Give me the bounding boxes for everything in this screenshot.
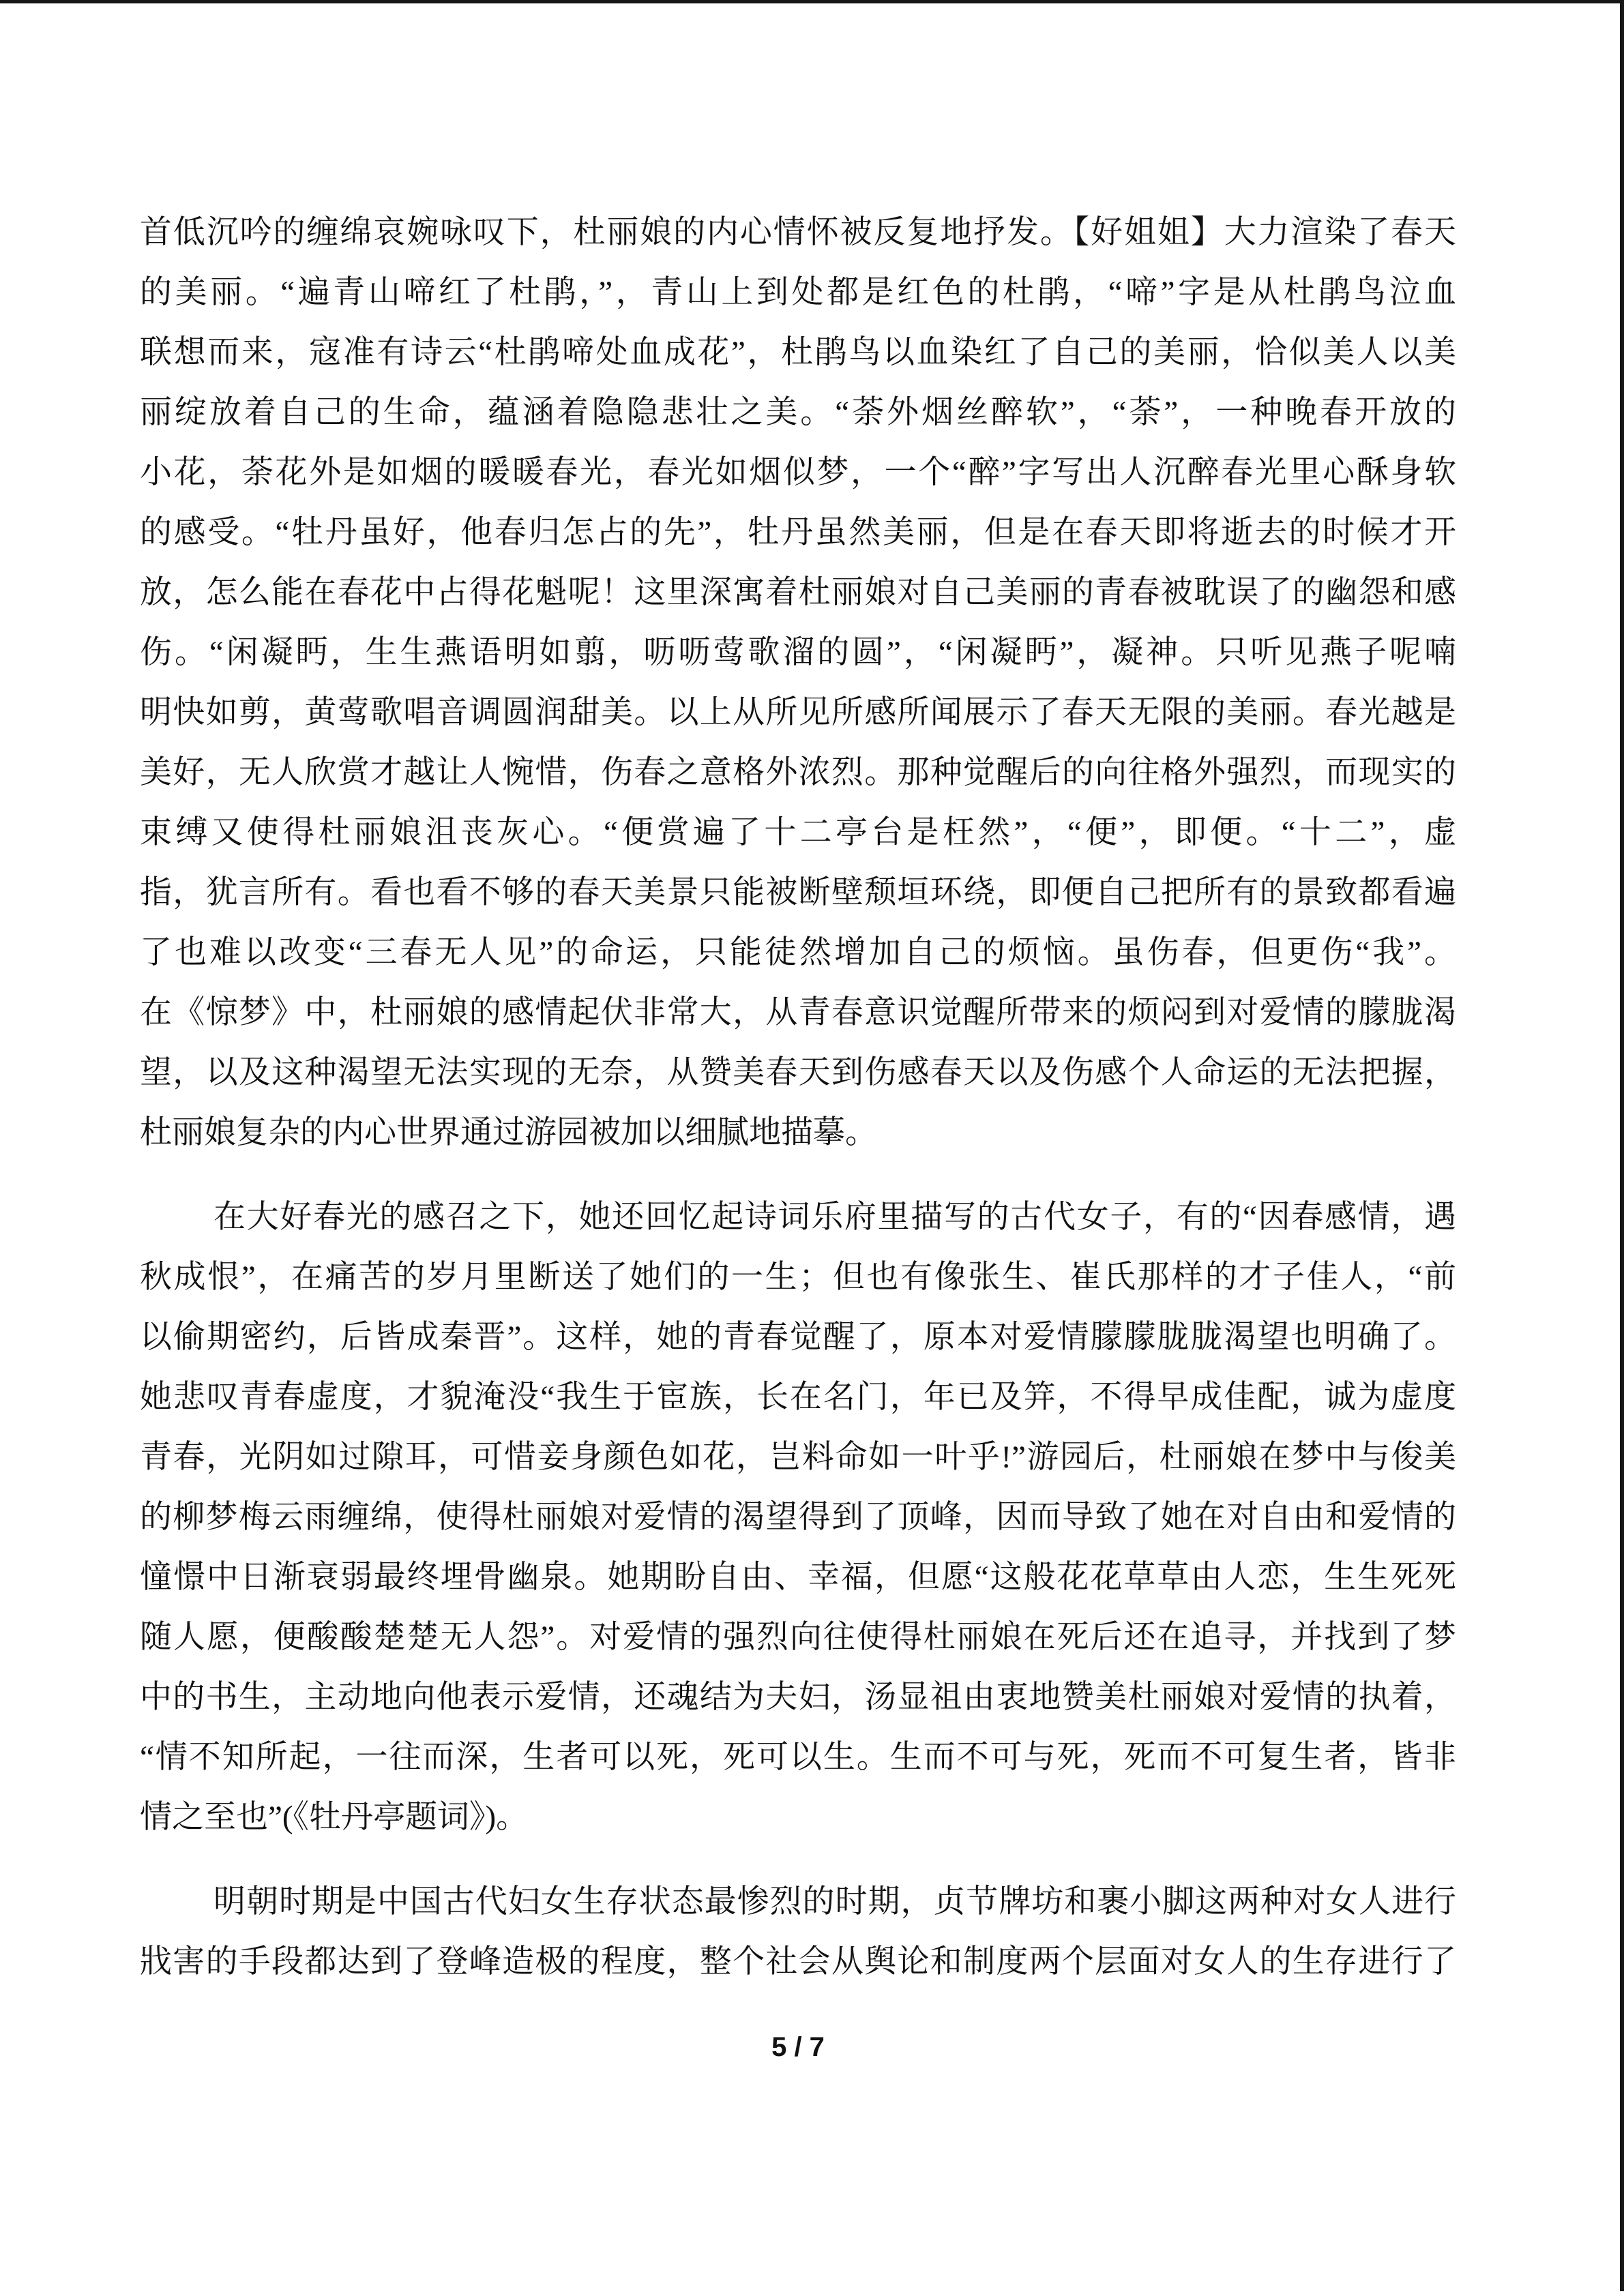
- paragraph: 在大好春光的感召之下，她还回忆起诗词乐府里描写的古代女子，有的“因春感情，遇秋成…: [140, 1187, 1456, 1847]
- text-line: 秋成恨”，在痛苦的岁月里断送了她们的一生；但也有像张生、崔氏那样的才子佳人，“前: [140, 1247, 1456, 1307]
- page-edge-right: [1620, 0, 1624, 2291]
- text-line: 伤。“闲凝眄，生生燕语明如翦，呖呖莺歌溜的圆”，“闲凝眄”，凝神。只听见燕子呢喃: [140, 623, 1456, 683]
- text-line: 望，以及这种渴望无法实现的无奈，从赞美春天到伤感春天以及伤感个人命运的无法把握，: [140, 1043, 1456, 1103]
- document-body: 首低沉吟的缠绵哀婉咏叹下，杜丽娘的内心情怀被反复地抒发。【好姐姐】大力渲染了春天…: [140, 203, 1456, 2016]
- text-line: 的美丽。“遍青山啼红了杜鹃，”，青山上到处都是红色的杜鹃，“啼”字是从杜鹃鸟泣血: [140, 263, 1456, 323]
- page-edge-top: [0, 0, 1624, 3]
- text-line: 的柳梦梅云雨缠绵，使得杜丽娘对爱情的渴望得到了顶峰，因而导致了她在对自由和爱情的: [140, 1487, 1456, 1547]
- paragraph: 明朝时期是中国古代妇女生存状态最惨烈的时期，贞节牌坊和裹小脚这两种对女人进行戕害…: [140, 1872, 1456, 1992]
- text-line: 首低沉吟的缠绵哀婉咏叹下，杜丽娘的内心情怀被反复地抒发。【好姐姐】大力渲染了春天: [140, 203, 1456, 263]
- text-line: 戕害的手段都达到了登峰造极的程度，整个社会从舆论和制度两个层面对女人的生存进行了: [140, 1932, 1456, 1992]
- text-line: 的感受。“牡丹虽好，他春归怎占的先”，牡丹虽然美丽，但是在春天即将逝去的时候才开: [140, 503, 1456, 563]
- text-line: “情不知所起，一往而深，生者可以死，死可以生。生而不可与死，死而不可复生者，皆非: [140, 1727, 1456, 1787]
- text-line: 她悲叹青春虚度，才貌淹没“我生于宦族，长在名门，年已及笄，不得早成佳配，诚为虚度: [140, 1367, 1456, 1427]
- text-line: 明快如剪，黄莺歌唱音调圆润甜美。以上从所见所感所闻展示了春天无限的美丽。春光越是: [140, 683, 1456, 743]
- text-line: 小花，荼花外是如烟的暖暖春光，春光如烟似梦，一个“醉”字写出人沉醉春光里心酥身软: [140, 443, 1456, 503]
- text-line: 明朝时期是中国古代妇女生存状态最惨烈的时期，贞节牌坊和裹小脚这两种对女人进行: [140, 1872, 1456, 1932]
- text-line: 美好，无人欣赏才越让人惋惜，伤春之意格外浓烈。那种觉醒后的向往格外强烈，而现实的: [140, 743, 1456, 803]
- text-line: 憧憬中日渐衰弱最终埋骨幽泉。她期盼自由、幸福，但愿“这般花花草草由人恋，生生死死: [140, 1547, 1456, 1607]
- text-line: 束缚又使得杜丽娘沮丧灰心。“便赏遍了十二亭台是枉然”，“便”，即便。“十二”，虚: [140, 803, 1456, 863]
- text-line: 情之至也”(《牡丹亭题词》)。: [140, 1787, 1456, 1847]
- text-line: 随人愿，便酸酸楚楚无人怨”。对爱情的强烈向往使得杜丽娘在死后还在追寻，并找到了梦: [140, 1607, 1456, 1667]
- page-number: 5 / 7: [140, 2032, 1456, 2063]
- text-line: 杜丽娘复杂的内心世界通过游园被加以细腻地描摹。: [140, 1103, 1456, 1163]
- text-line: 在《惊梦》中，杜丽娘的感情起伏非常大，从青春意识觉醒所带来的烦闷到对爱情的朦胧渴: [140, 983, 1456, 1043]
- text-line: 青春，光阴如过隙耳，可惜妾身颜色如花，岂料命如一叶乎!”游园后，杜丽娘在梦中与俊…: [140, 1427, 1456, 1487]
- text-line: 联想而来，寇准有诗云“杜鹃啼处血成花”，杜鹃鸟以血染红了自己的美丽，恰似美人以美: [140, 323, 1456, 383]
- paragraph: 首低沉吟的缠绵哀婉咏叹下，杜丽娘的内心情怀被反复地抒发。【好姐姐】大力渲染了春天…: [140, 203, 1456, 1163]
- text-line: 中的书生，主动地向他表示爱情，还魂结为夫妇，汤显祖由衷地赞美杜丽娘对爱情的执着，: [140, 1667, 1456, 1727]
- text-line: 放，怎么能在春花中占得花魁呢！这里深寓着杜丽娘对自己美丽的青春被耽误了的幽怨和感: [140, 563, 1456, 623]
- text-line: 指，犹言所有。看也看不够的春天美景只能被断壁颓垣环绕，即便自己把所有的景致都看遍: [140, 863, 1456, 923]
- text-line: 在大好春光的感召之下，她还回忆起诗词乐府里描写的古代女子，有的“因春感情，遇: [140, 1187, 1456, 1247]
- text-line: 丽绽放着自己的生命，蕴涵着隐隐悲壮之美。“荼外烟丝醉软”，“荼”，一种晚春开放的: [140, 383, 1456, 443]
- text-line: 以偷期密约，后皆成秦晋”。这样，她的青春觉醒了，原本对爱情朦朦胧胧渴望也明确了。: [140, 1307, 1456, 1367]
- document-page: 首低沉吟的缠绵哀婉咏叹下，杜丽娘的内心情怀被反复地抒发。【好姐姐】大力渲染了春天…: [0, 0, 1624, 2296]
- text-line: 了也难以改变“三春无人见”的命运，只能徒然增加自己的烦恼。虽伤春，但更伤“我”。: [140, 923, 1456, 983]
